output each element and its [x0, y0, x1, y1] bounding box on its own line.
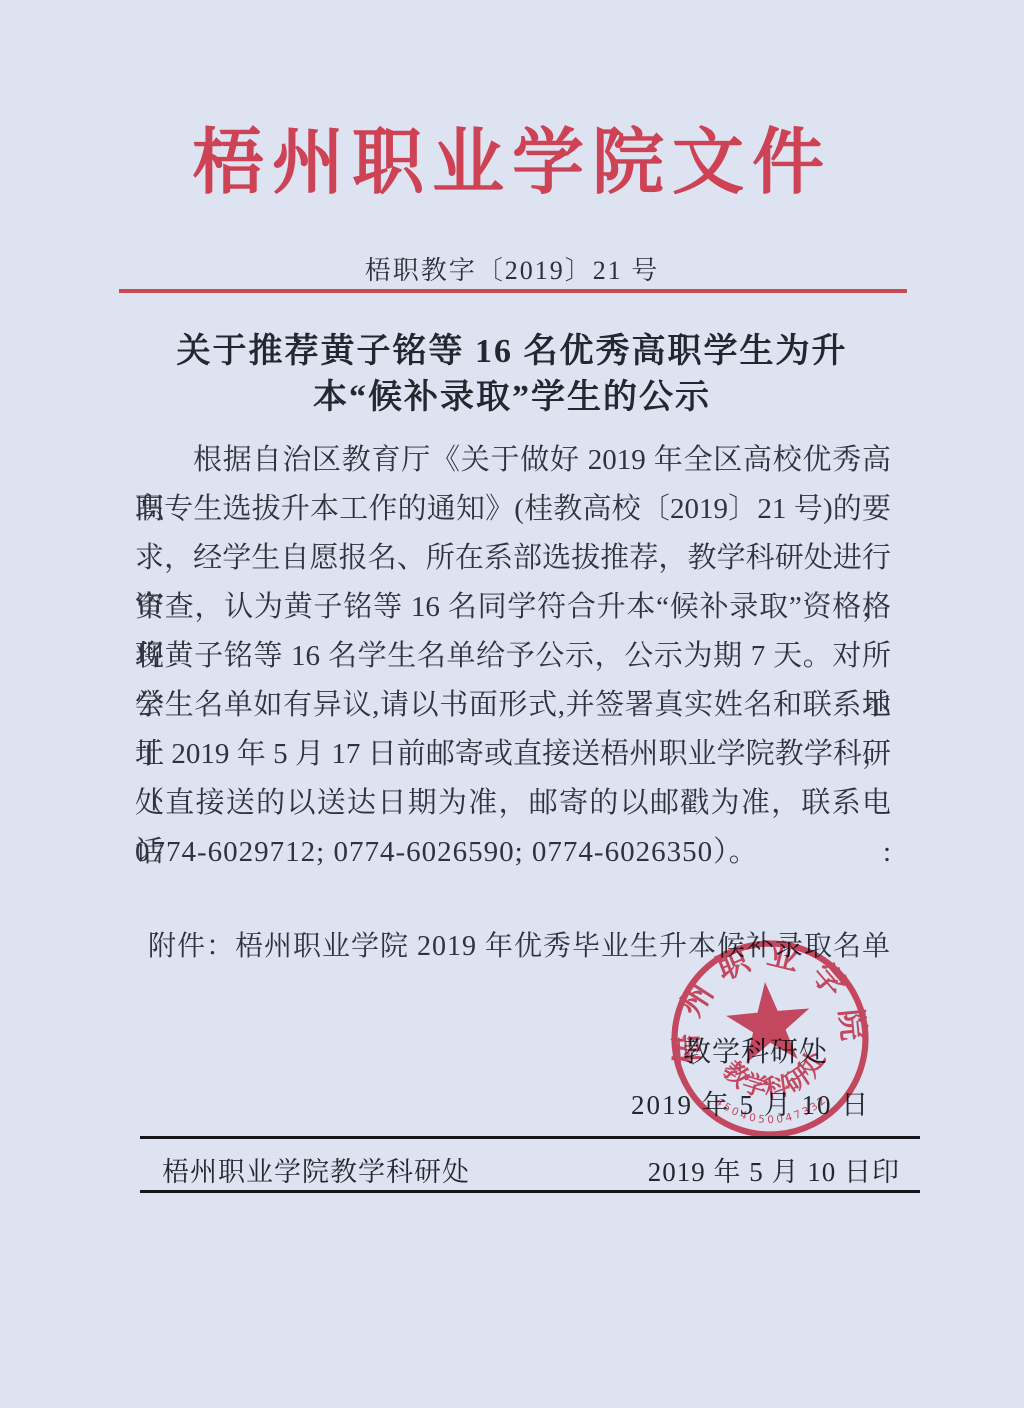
body-line: 学生名单如有异议,请以书面形式,并签署真实姓名和联系地址， — [135, 681, 891, 730]
body-line: 审查，认为黄子铭等 16 名同学符合升本“候补录取”资格，现 — [135, 583, 891, 632]
footer-print-date: 2019 年 5 月 10 日印 — [648, 1150, 900, 1189]
body-line: 高专生选拔升本工作的通知》(桂教高校〔2019〕21 号)的要 — [135, 485, 891, 534]
doc-title-line-1: 关于推荐黄子铭等 16 名优秀高职学生为升 — [60, 329, 964, 375]
doc-number: 梧职教字〔2019〕21 号 — [0, 250, 1024, 287]
doc-body: 根据自治区教育厅《关于做好 2019 年全区高校优秀高职高专生选拔升本工作的通知… — [135, 436, 891, 877]
official-seal-stamp: 梧州职业学院 教学科研处 4504050047332 — [656, 925, 884, 1153]
body-line: 根据自治区教育厅《关于做好 2019 年全区高校优秀高职 — [135, 436, 891, 485]
footer-rule-bottom — [140, 1190, 920, 1193]
red-separator-line — [119, 289, 907, 293]
seal-star-icon — [723, 978, 813, 1064]
body-line: 求，经学生自愿报名、所在系部选拔推荐，教学科研处进行资格 — [135, 534, 891, 583]
doc-title: 关于推荐黄子铭等 16 名优秀高职学生为升 本“候补录取”学生的公示 — [60, 329, 964, 421]
footer-rule-top — [140, 1136, 920, 1139]
footer-row: 梧州职业学院教学科研处 2019 年 5 月 10 日印 — [140, 1151, 920, 1187]
body-line: 将黄子铭等 16 名学生名单给予公示，公示为期 7 天。对所公示 — [135, 632, 891, 681]
doc-title-line-2: 本“候补录取”学生的公示 — [60, 375, 964, 421]
body-line: （直接送的以送达日期为准，邮寄的以邮戳为准，联系电话: — [135, 779, 891, 828]
document-page: 梧州职业学院文件 梧职教字〔2019〕21 号 关于推荐黄子铭等 16 名优秀高… — [0, 0, 1024, 1408]
document-header-title: 梧州职业学院文件 — [0, 104, 1024, 208]
footer-issuer: 梧州职业学院教学科研处 — [162, 1150, 470, 1189]
body-line: 于 2019 年 5 月 17 日前邮寄或直接送梧州职业学院教学科研处 — [135, 730, 891, 779]
